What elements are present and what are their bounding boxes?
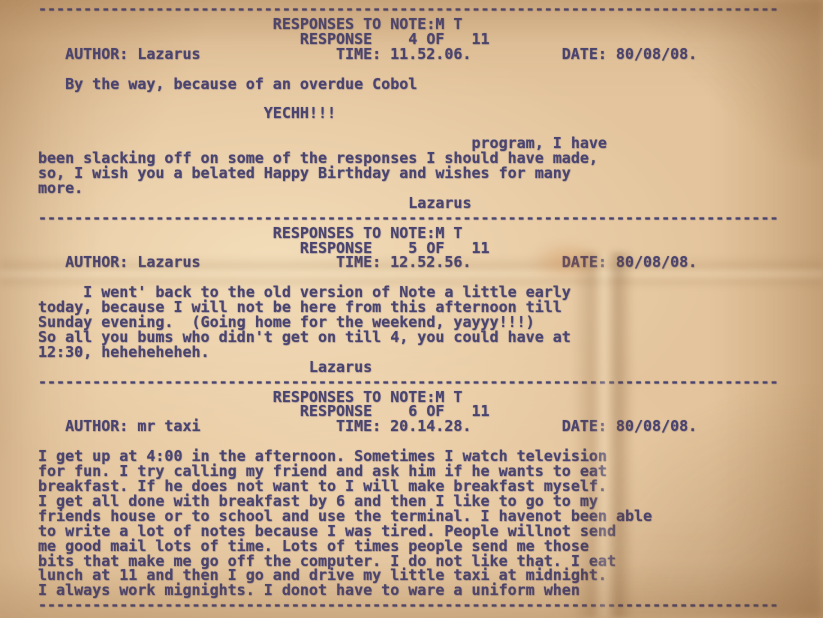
author-value: mr taxi xyxy=(137,419,200,434)
time-value: 20.14.28. xyxy=(390,419,471,434)
author-label: AUTHOR: xyxy=(65,419,128,434)
date-label: DATE: xyxy=(562,419,607,434)
note-response-section-4: RESPONSES TO NOTE:M T RESPONSE 4 OF 11 A… xyxy=(38,17,808,226)
typewritten-notes-printout: ----------------------------------------… xyxy=(38,2,808,613)
date-label: DATE: xyxy=(562,255,607,270)
body-text-line: YECHH!!! xyxy=(38,106,808,121)
time-value: 11.52.06. xyxy=(390,47,471,62)
author-label: AUTHOR: xyxy=(65,255,128,270)
body-text-line: so, I wish you a belated Happy Birthday … xyxy=(38,166,808,181)
date-value: 80/08/08. xyxy=(616,47,697,62)
date-label: DATE: xyxy=(562,47,607,62)
time-label: TIME: xyxy=(336,255,381,270)
note-response-section-5: RESPONSES TO NOTE:M T RESPONSE 5 OF 11 A… xyxy=(38,226,808,390)
date-value: 80/08/08. xyxy=(616,255,697,270)
author-time-date-line: AUTHOR:LazarusTIME:11.52.06.DATE:80/08/0… xyxy=(38,47,808,62)
section-body: By the way, because of an overdue Cobol … xyxy=(38,62,808,211)
time-label: TIME: xyxy=(336,419,381,434)
time-value: 12.52.56. xyxy=(390,255,471,270)
body-text-line: By the way, because of an overdue Cobol xyxy=(38,77,808,92)
scanned-paper-page: { "document": { "separator": "----------… xyxy=(0,0,823,618)
section-body: I get up at 4:00 in the afternoon. Somet… xyxy=(38,434,808,598)
date-value: 80/08/08. xyxy=(616,419,697,434)
author-value: Lazarus xyxy=(137,47,200,62)
author-time-date-line: AUTHOR:LazarusTIME:12.52.56.DATE:80/08/0… xyxy=(38,255,808,270)
author-label: AUTHOR: xyxy=(65,47,128,62)
author-value: Lazarus xyxy=(137,255,200,270)
time-label: TIME: xyxy=(336,47,381,62)
author-time-date-line: AUTHOR:mr taxiTIME:20.14.28.DATE:80/08/0… xyxy=(38,419,808,434)
section-body: I went' back to the old version of Note … xyxy=(38,270,808,374)
separator-line: ----------------------------------------… xyxy=(38,598,808,613)
note-response-section-6: RESPONSES TO NOTE:M T RESPONSE 6 OF 11 A… xyxy=(38,390,808,614)
